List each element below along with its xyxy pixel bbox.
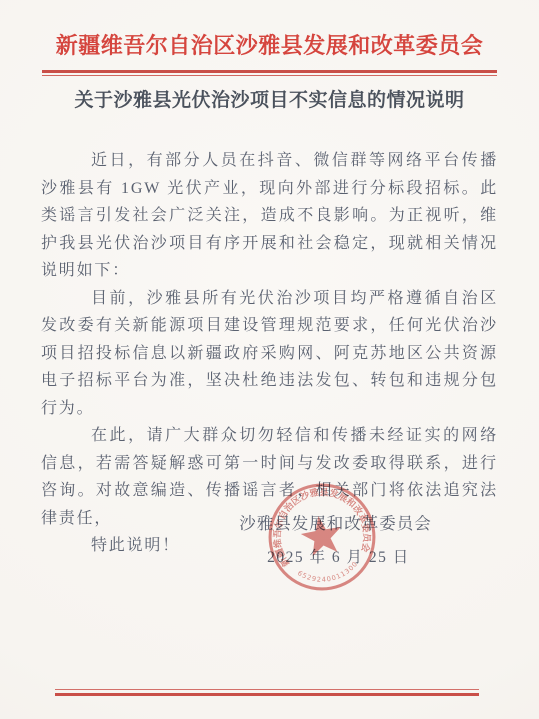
header-rule-thick-line [42, 70, 497, 73]
svg-text:6529240011300: 6529240011300 [295, 559, 362, 589]
red-header-org-name: 新疆维吾尔自治区沙雅县发展和改革委员会 [0, 0, 539, 61]
official-seal: 新疆维吾尔自治区沙雅县发展和改革委员会 6529240011300 [256, 471, 388, 603]
seal-star-icon [298, 512, 345, 557]
paragraph-2: 目前，沙雅县所有光伏治沙项目均严格遵循自治区发改委有关新能源项目建设管理规范要求… [41, 285, 498, 423]
footer-rule-thick-line [55, 693, 479, 696]
footer-double-rule [55, 689, 479, 696]
paragraph-1: 近日，有部分人员在抖音、微信群等网络平台传播沙雅县有 1GW 光伏产业，现向外部… [41, 147, 498, 285]
document-title: 关于沙雅县光伏治沙项目不实信息的情况说明 [0, 89, 539, 113]
seal-code: 6529240011300 [295, 559, 362, 589]
header-double-rule [42, 70, 497, 76]
footer-rule-thin-line [55, 689, 479, 690]
scanned-document-page: 新疆维吾尔自治区沙雅县发展和改革委员会 关于沙雅县光伏治沙项目不实信息的情况说明… [0, 0, 539, 719]
header-rule-thin-line [42, 75, 497, 76]
